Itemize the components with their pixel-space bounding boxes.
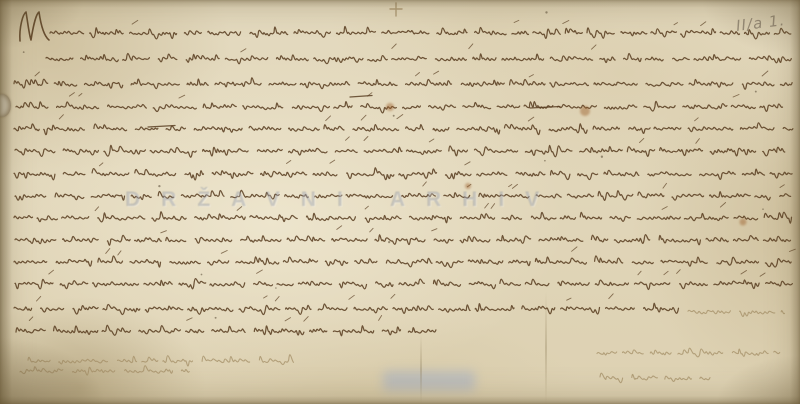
cross-mark: [390, 3, 402, 16]
strikethrough: [350, 96, 372, 98]
faded-annotation-line: [20, 366, 189, 375]
faded-annotation-line: [597, 348, 780, 357]
ink-stain: [465, 183, 471, 189]
abbreviation-marks: [241, 44, 596, 52]
parchment-crease: [545, 292, 547, 404]
abbreviation-marks: [37, 294, 614, 301]
main-text-line: [14, 123, 793, 135]
ink-stain: [386, 103, 394, 111]
ink-stain: [740, 219, 747, 226]
parchment-speck: [762, 208, 764, 210]
faded-annotation-line: [600, 373, 710, 382]
abbreviation-marks: [49, 270, 765, 277]
parchment-crease: [420, 334, 422, 404]
main-text-line: [15, 235, 791, 246]
abbreviation-marks: [346, 137, 700, 144]
parchment-speck: [531, 151, 532, 152]
parchment-speck: [158, 185, 160, 187]
parchment-speck: [23, 51, 25, 53]
main-text-line: [16, 325, 436, 336]
abbreviation-marks: [59, 115, 698, 122]
main-text-line: [50, 27, 791, 39]
abbreviation-marks: [161, 226, 437, 233]
parchment-speck: [393, 115, 395, 117]
main-text-line: [14, 212, 792, 223]
parchment-speck: [544, 160, 546, 162]
abbreviation-marks: [35, 71, 768, 77]
abbreviation-marks: [95, 203, 726, 211]
watermark-smudge: [383, 371, 475, 391]
parchment-speck: [755, 91, 757, 93]
strikethrough: [530, 107, 560, 109]
parchment-speck: [388, 241, 390, 243]
main-text-line: [14, 256, 791, 268]
parchment-speck: [601, 156, 603, 158]
main-text-line: [46, 54, 791, 64]
main-text-line: [16, 101, 783, 113]
faded-annotation-line: [28, 355, 293, 366]
abbreviation-marks: [99, 160, 470, 166]
main-text-line: [15, 279, 792, 290]
parchment-speck: [215, 317, 217, 319]
main-text-line: [14, 168, 792, 180]
parchment-speck: [709, 84, 711, 86]
faded-annotation-line: [688, 310, 785, 316]
parchment-speck: [545, 11, 547, 13]
main-text-line: [15, 190, 791, 200]
abbreviation-marks: [132, 20, 706, 25]
abbreviation-marks: [423, 182, 785, 189]
main-text-line: [14, 303, 679, 314]
handwriting-svg: [0, 0, 800, 404]
parchment-speck: [275, 287, 277, 289]
abbreviation-marks: [29, 316, 381, 322]
manuscript-photo: DRŽAVNI ARHIV II/a 1.: [0, 0, 800, 404]
decorated-initial: [20, 12, 49, 41]
main-text-line: [15, 145, 785, 157]
main-text-line: [14, 78, 792, 89]
parchment-speck: [201, 274, 203, 276]
ink-stain: [580, 106, 590, 116]
abbreviation-marks: [69, 93, 739, 98]
abbreviation-marks: [106, 247, 796, 255]
